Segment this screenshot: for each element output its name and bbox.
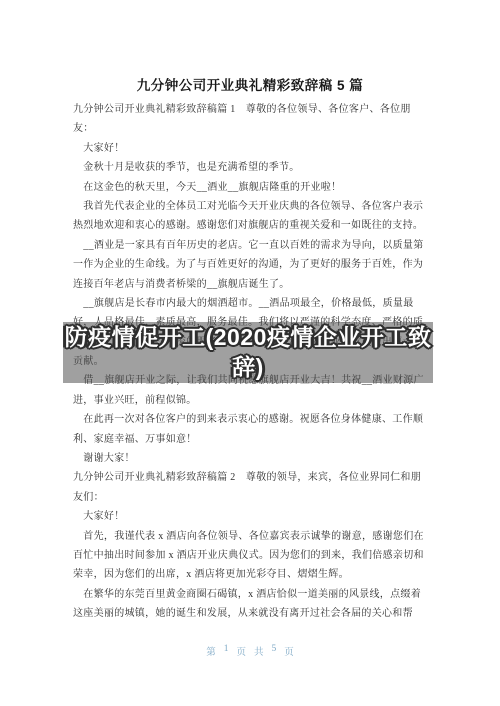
- doc-line: 在繁华的东莞百里黄金商圈石碣镇，x 酒店恰似一道美丽的风景线，点缀着: [73, 585, 423, 604]
- doc-line: 热烈地欢迎和衷心的感谢。感谢您们对旗舰店的重视关爱和一如既往的支持。: [73, 216, 423, 235]
- page-indicator-label: 第: [206, 644, 216, 658]
- page-indicator-label: 页: [236, 644, 246, 658]
- doc-line: 友们：: [73, 488, 423, 507]
- doc-line: 金秋十月是收获的季节，也是充满希望的季节。: [73, 158, 423, 177]
- overlay-banner-title: 防疫情促开工(2020疫情企业开工致辞): [63, 323, 433, 382]
- doc-line: 荣幸，因为您们的出席，x 酒店将更加光彩夺目、熠熠生辉。: [73, 565, 423, 584]
- page-indicator-label: 共: [254, 644, 264, 658]
- doc-line: 我首先代表企业的全体员工对光临今天开业庆典的各位领导、各位客户表示: [73, 197, 423, 216]
- doc-line: 谢谢大家！: [73, 449, 423, 468]
- doc-line: 大家好！: [73, 139, 423, 158]
- page-indicator-label: 页: [284, 644, 294, 658]
- doc-line: 连接百年老店与消费者桥梁的__旗舰店诞生了。: [73, 275, 423, 294]
- page-indicator: 第 1 页 共 5 页: [0, 644, 500, 658]
- doc-line: 一作为企业的生命线。为了与百姓更好的沟通，为了更好的服务于百姓，作为: [73, 255, 423, 274]
- doc-line: 九分钟公司开业典礼精彩致辞稿篇 2 尊敬的领导，来宾，各位业界同仁和朋: [73, 468, 423, 487]
- doc-line: 九分钟公司开业典礼精彩致辞稿篇 1 尊敬的各位领导、各位客户、各位朋: [73, 100, 423, 119]
- doc-line: 进，事业兴旺，前程似锦。: [73, 391, 423, 410]
- doc-line: 百忙中抽出时间参加 x 酒店开业庆典仪式。因为您们的到来，我们倍感亲切和: [73, 546, 423, 565]
- doc-line: __旗舰店是长春市内最大的烟酒超市。__酒品项最全，价格最低，质量最: [73, 294, 423, 313]
- page-title: 九分钟公司开业典礼精彩致辞稿 5 篇: [0, 74, 500, 94]
- document-page: 九分钟公司开业典礼精彩致辞稿 5 篇 九分钟公司开业典礼精彩致辞稿篇 1 尊敬的…: [0, 0, 500, 706]
- overlay-banner: 防疫情促开工(2020疫情企业开工致辞): [63, 322, 433, 383]
- page-indicator-current: 1: [224, 644, 229, 658]
- doc-line: 首先，我谨代表 x 酒店向各位领导、各位嘉宾表示诚挚的谢意，感谢您们在: [73, 527, 423, 546]
- doc-line: 在这金色的秋天里，今天__酒业__旗舰店隆重的开业啦！: [73, 178, 423, 197]
- doc-line: 在此再一次对各位客户的到来表示衷心的感谢。祝愿各位身体健康、工作顺: [73, 410, 423, 429]
- doc-line: 利、家庭幸福、万事如意！: [73, 430, 423, 449]
- doc-line: 大家好！: [73, 507, 423, 526]
- doc-line: 友：: [73, 119, 423, 138]
- page-indicator-total: 5: [272, 644, 277, 658]
- doc-line: 这座美丽的城镇，她的诞生和发展，从来就没有离开过社会各届的关心和帮: [73, 604, 423, 623]
- doc-line: __酒业是一家具有百年历史的老店。它一直以百姓的需求为导向，以质量第: [73, 236, 423, 255]
